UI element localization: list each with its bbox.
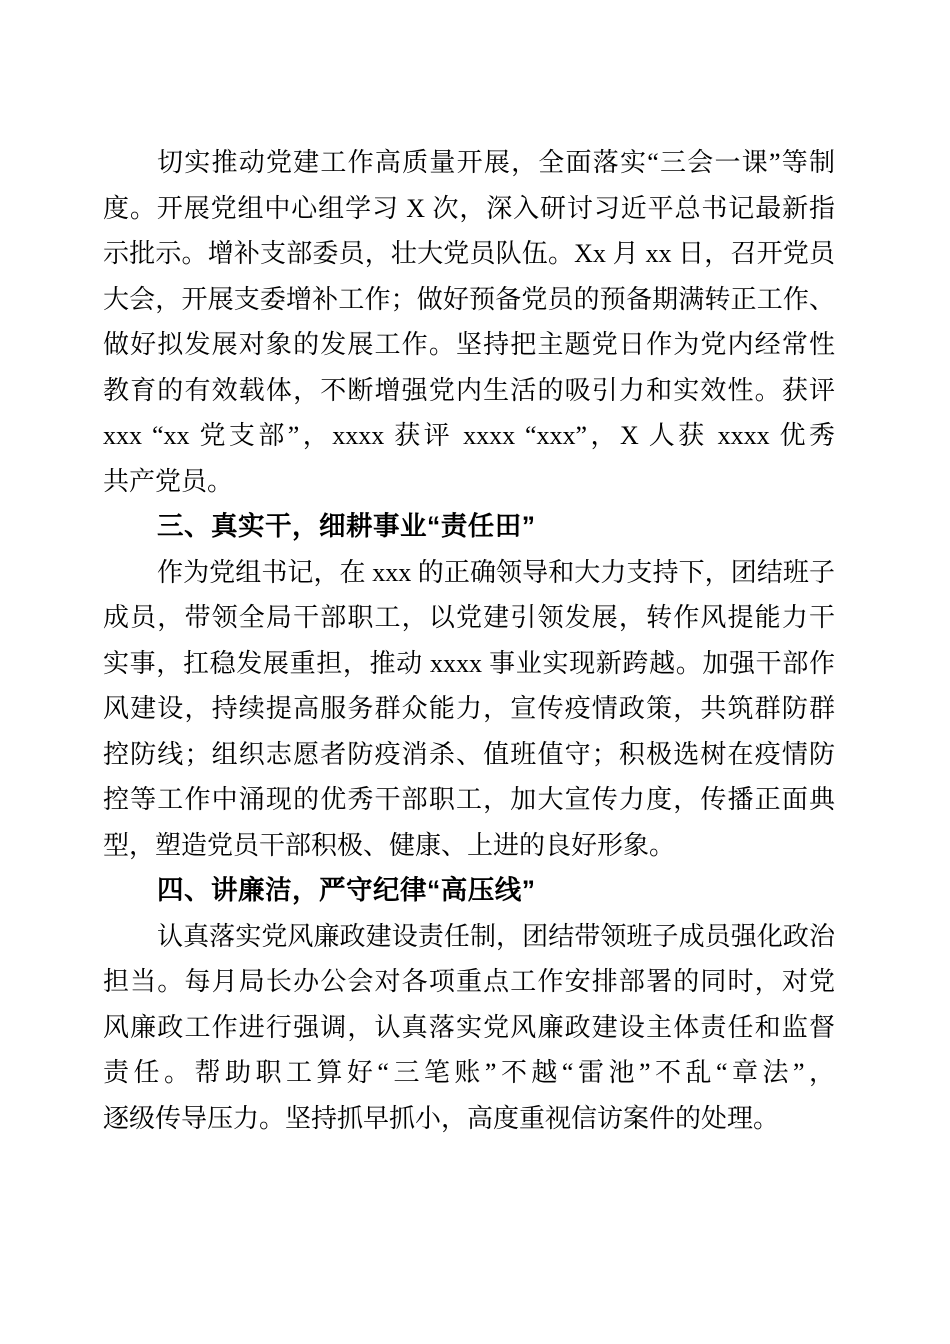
text-line: 三、真实干，细耕事业“责任田”: [103, 504, 835, 550]
text-line: 做好拟发展对象的发展工作。坚持把主题党日作为党内经常性: [103, 322, 835, 368]
text-line: 成员，带领全局干部职工，以党建引领发展，转作风提能力干: [103, 595, 835, 641]
text-line: 逐级传导压力。坚持抓早抓小，高度重视信访案件的处理。: [103, 1096, 835, 1142]
text-line: xxx “xx 党支部”，xxxx 获评 xxxx “xxx”，X 人获 xxx…: [103, 413, 835, 459]
text-line: 示批示。增补支部委员，壮大党员队伍。Xx 月 xx 日，召开党员: [103, 231, 835, 277]
text-line: 控防线；组织志愿者防疫消杀、值班值守；积极选树在疫情防: [103, 732, 835, 778]
text-line: 切实推动党建工作高质量开展，全面落实“三会一课”等制: [103, 140, 835, 186]
text-line: 担当。每月局长办公会对各项重点工作安排部署的同时，对党: [103, 959, 835, 1005]
text-line: 教育的有效载体，不断增强党内生活的吸引力和实效性。获评: [103, 368, 835, 414]
text-line: 实事，扛稳发展重担，推动 xxxx 事业实现新跨越。加强干部作: [103, 641, 835, 687]
document-text-block: 切实推动党建工作高质量开展，全面落实“三会一课”等制 度。开展党组中心组学习 X…: [103, 140, 835, 1141]
text-line: 型，塑造党员干部积极、健康、上进的良好形象。: [103, 823, 835, 869]
text-line: 共产党员。: [103, 459, 835, 505]
text-line: 控等工作中涌现的优秀干部职工，加大宣传力度，传播正面典: [103, 777, 835, 823]
text-line: 责任。帮助职工算好“三笔账”不越“雷池”不乱“章法”，: [103, 1050, 835, 1096]
text-line: 风建设，持续提高服务群众能力，宣传疫情政策，共筑群防群: [103, 686, 835, 732]
text-line: 大会，开展支委增补工作；做好预备党员的预备期满转正工作、: [103, 277, 835, 323]
text-line: 作为党组书记，在 xxx 的正确领导和大力支持下，团结班子: [103, 550, 835, 596]
document-page: 切实推动党建工作高质量开展，全面落实“三会一课”等制 度。开展党组中心组学习 X…: [0, 0, 950, 1344]
text-line: 四、讲廉洁，严守纪律“高压线”: [103, 868, 835, 914]
text-line: 风廉政工作进行强调，认真落实党风廉政建设主体责任和监督: [103, 1005, 835, 1051]
text-line: 认真落实党风廉政建设责任制，团结带领班子成员强化政治: [103, 914, 835, 960]
text-line: 度。开展党组中心组学习 X 次，深入研讨习近平总书记最新指: [103, 186, 835, 232]
